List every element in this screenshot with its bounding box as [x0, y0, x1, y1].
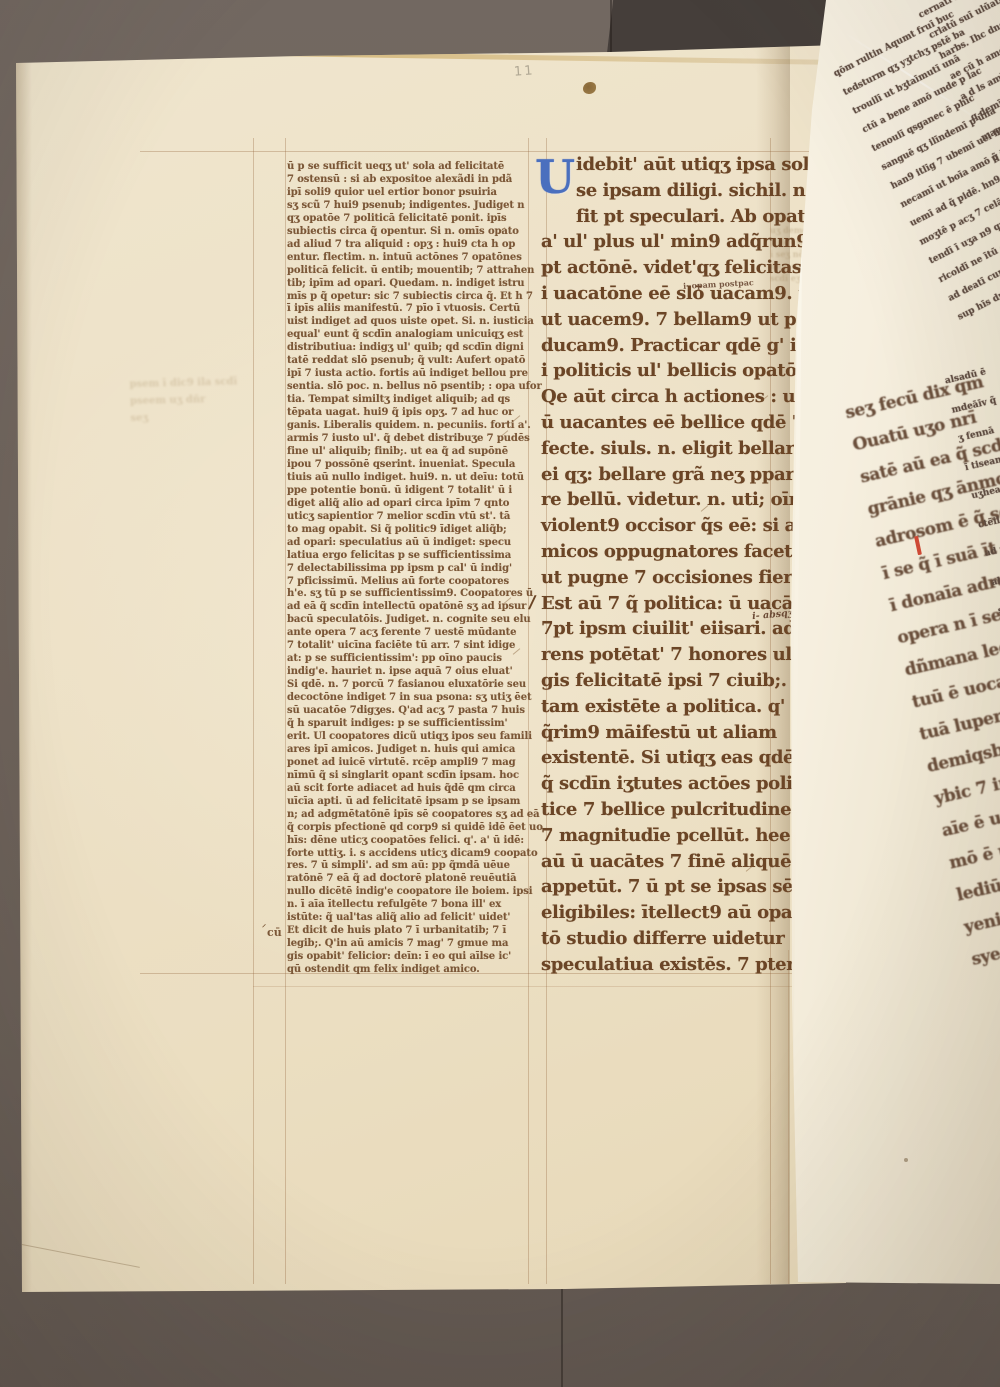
speck [904, 1158, 908, 1162]
text-line: sū uacatōe 7digʒes. Q'ad acʒ 7 pasta 7 h… [287, 705, 530, 718]
text-line: entur. flectim. n. intuū actōnes 7 opatō… [287, 252, 530, 265]
text-line: gis felicitatē ipsi 7 ciuib;. al [541, 668, 778, 694]
text-line: ū p se sufficit ueqʒ ut' sola ad felicit… [287, 161, 530, 174]
text-line: to mag opabit. Si q̃ politic9 īdiget ali… [287, 524, 530, 537]
text-line: micos oppugnatores facet [541, 539, 778, 565]
text-line: existentē. Si utiqʒ eas qdē [541, 745, 778, 771]
text-line: ū uacantes eē bellice qdē 7p [541, 410, 778, 436]
text-line: violent9 occisor q̃s eē: si a [541, 513, 778, 539]
text-line: sentia. slō poc. n. bellus nō psentib; :… [287, 381, 530, 394]
text-line: hīs: dēne uticʒ coopatōes felici. q'. a'… [287, 835, 530, 848]
text-line: subiectis circa q̃ opentur. Si n. omīs o… [287, 226, 530, 239]
left-margin-note: ⸍cū [262, 922, 282, 939]
text-line: h'e. sʒ tū p se sufficientissim9. Coopat… [287, 588, 530, 601]
text-line: se ipsam diligi. sichil. n. ad ipsa [541, 178, 778, 204]
text-line: fecte. siuls. n. eligit bellare [541, 436, 778, 462]
text-line: decoctōne indiget 7 in sua psona: sʒ uti… [287, 692, 530, 705]
text-line: tatē reddat slō psenub; q̃ vult: Aufert … [287, 355, 530, 368]
ruling-horizontal [253, 986, 798, 987]
text-line: ut uacem9. 7 bellam9 ut pacē [541, 307, 778, 333]
text-line: a' ul' plus ul' min9 adq̃run9 [541, 229, 778, 255]
text-line: qū ostendit qm felix indiget amico. [287, 964, 530, 977]
text-line: q̃ scdīn iʒtutes actōes poli [541, 771, 778, 797]
text-line: ganis. Liberalis quidem. n. pecuniis. fo… [287, 420, 530, 433]
text-line: q̃ h sparuit indiges: p se sufficientiss… [287, 718, 530, 731]
text-line: bacū speculatōis. Judiget. n. cognite se… [287, 614, 530, 627]
text-line: rens potētat' 7 honores ul' ma [541, 642, 778, 668]
text-line: ei qʒ: bellare grã neʒ ppara [541, 462, 778, 488]
text-line: 7 magnitudīe pcellūt. hee [541, 823, 778, 849]
text-line: politicā felicit. ū entib; mouentib; 7 a… [287, 265, 530, 278]
turned-recto-page: qōm rultin Aqumt fruī buctedsturm qʒ yʒt… [786, 0, 1000, 1284]
text-line: forte uttiʒ. i. s accidens uticʒ dicam9 … [287, 848, 530, 861]
text-line: ipī soli9 quior uel ertior bonor psuiria [287, 187, 530, 200]
text-line: ut pugne 7 occisiones fierēt. [541, 565, 778, 591]
text-line: equal' eunt q̃ scdīn analogiam unicuiqʒ … [287, 329, 530, 342]
text-line: appetūt. 7 ū pt se ipsas sē [541, 874, 778, 900]
text-line: armis 7 iusto ul'. q̃ debet distribuʒe 7… [287, 433, 530, 446]
leaf-top-edge [16, 47, 840, 65]
text-line: idebit' aūt utiqʒ ipsa sola ppt [541, 152, 778, 178]
text-line: tiuis aū nullo indiget. hui9. n. ut deīu… [287, 472, 530, 485]
text-line: distributiua: indigʒ ul' quib; qd scdīn … [287, 342, 530, 355]
text-line: tēpata uagat. hui9 q̃ ipis opʒ. 7 ad huc… [287, 407, 530, 420]
text-line: i politicis ul' bellicis opatōnes. [541, 358, 778, 384]
leaf-scratch [22, 1244, 140, 1268]
ink-stain [583, 82, 596, 94]
paragraph-slash-mark: / [528, 592, 537, 614]
text-line: res. 7 ū simpli'. ad sm aū: pp q̃mdā uēu… [287, 860, 530, 873]
text-line: 7 totalit' uicīna faciēte tū arr. 7 sint… [287, 640, 530, 653]
background-crease-top [610, 0, 612, 58]
text-line: 7 delectabilissima pp ipsm p cal' ū indi… [287, 563, 530, 576]
text-line: uist indiget ad quos uiste opet. Si. n. … [287, 316, 530, 329]
text-line: ducam9. Practicar qdē g' itut [541, 333, 778, 359]
text-line: nīmū q̃ si singlarit opant scdīn ipsam. … [287, 770, 530, 783]
text-line: ad opari: speculatius aū ū indiget: spec… [287, 537, 530, 550]
text-line: aū scit forte adiacet ad huis q̃dē qm ci… [287, 783, 530, 796]
text-line: Et dicit de huis plato 7 ī urbanitatib; … [287, 925, 530, 938]
text-line: legib;. Q'in aū amicis 7 mag' 7 gmue ma [287, 938, 530, 951]
text-line: ponet ad iuicē virtutē. rcēp ampli9 7 ma… [287, 757, 530, 770]
text-line: Si qdē. n. 7 porcū 7 fasianou eluxatōrie… [287, 679, 530, 692]
text-line: ad eā q̃ scdīn intellectū opatōnē sʒ ad … [287, 601, 530, 614]
text-line: q̃ corpis pfectionē qd corp9 si quidē id… [287, 822, 530, 835]
text-line: Est aū 7 q̃ politica: ū uacāt. [541, 591, 778, 617]
text-line: latiua ergo felicitas p se sufficientiss… [287, 550, 530, 563]
showthrough-text: psem ī dic9 ila scdīpseem uʒ dñrseʒ [129, 372, 290, 427]
text-line: re bellū. videtur. n. uti; oīno [541, 487, 778, 513]
text-line: at: p se sufficientissim': pp oīno pauci… [287, 653, 530, 666]
ruling-vertical [285, 138, 286, 1284]
text-line: n. ī aīa ītellectu refulgēte 7 bona ill'… [287, 899, 530, 912]
text-line: gis opabit' felicior: deīn: ī eo qui aīl… [287, 951, 530, 964]
text-line: ipī 7 iusta actio. fortis aū indiget bel… [287, 368, 530, 381]
text-line: speculatiua existēs. 7 pter [541, 952, 778, 978]
text-line: tia. Tempat similtʒ indiget aliquib; ad … [287, 394, 530, 407]
background-crease-bottom [561, 1289, 563, 1387]
text-line: 7 pficissimū. Melius aū forte coopatores [287, 576, 530, 589]
text-line: uticʒ sapientior 7 melior scdīn vtū st'.… [287, 511, 530, 524]
text-line: n; ad adgmētatōnē ipīs sē coopatores sʒ … [287, 809, 530, 822]
ruling-vertical [253, 138, 254, 1284]
right-text-column: U idebit' aūt utiqʒ ipsa sola pptse ipsa… [541, 152, 778, 978]
text-line: mīs p q̃ opetur: sic 7 subiectis circa q… [287, 291, 530, 304]
text-line: ipou 7 possōnē qserint. inueniat. Specul… [287, 459, 530, 472]
text-line: Qe aūt circa h actiones : uidēt [541, 384, 778, 410]
text-line: tice 7 bellice pulcritudine [541, 797, 778, 823]
text-line: sʒ scũ 7 hui9 psenub; indigentes. Judige… [287, 200, 530, 213]
text-line: tō studio differre uidetur [541, 926, 778, 952]
text-line: indig'e. hauriet n. ipse aquā 7 oius elu… [287, 666, 530, 679]
folio-number-pencil: 11 [514, 63, 536, 79]
text-line: ares ipī amicos. Judiget n. huis qui ami… [287, 744, 530, 757]
text-line: uīcīa apti. ū ad felicitatē ipsam p se i… [287, 796, 530, 809]
text-line: 7 ostensū : si ab expositoe alexãdi in p… [287, 174, 530, 187]
text-line: diget aliq̃ alio ad opari circa ipīm 7 q… [287, 498, 530, 511]
text-line: ante opera 7 acʒ ferente 7 uestē mūdante [287, 627, 530, 640]
text-line: 7pt ipsm ciuilit' eiisari. adq̃ [541, 616, 778, 642]
text-line: aū ū uacātes 7 finē aliquē [541, 849, 778, 875]
text-line: fine ul' aliquib; finib;. ut ea q̃ ad su… [287, 446, 530, 459]
text-line: ad aliud 7 tra aliquid : opʒ : hui9 cta … [287, 239, 530, 252]
text-line: fit pt speculari. Ab opativus [541, 204, 778, 230]
text-line: ratōnē 7 eā q̃ ad doctorē platonē reuēut… [287, 873, 530, 886]
text-line: nullo dicētē indig'e coopatore ile boiem… [287, 886, 530, 899]
text-line: eligibiles: ītellect9 aū opa [541, 900, 778, 926]
leaf-left-edge-shade [16, 60, 32, 1292]
margin-tick: ⸍ [262, 922, 266, 932]
text-line: ī ipīs aliis manifestū. 7 pīo ī vtuosis.… [287, 303, 530, 316]
left-text-column: ū p se sufficit ueqʒ ut' sola ad felicit… [287, 161, 530, 977]
text-line: tam existēte a politica. q' 7 [541, 694, 778, 720]
text-line: ppe potentie bonū. ū idigent 7 totalit' … [287, 485, 530, 498]
text-line: qʒ opatōe 7 politicā felicitatē ponit. i… [287, 213, 530, 226]
text-line: erit. Ul coopatores dicũ utiqʒ ipos seu … [287, 731, 530, 744]
text-line: q̃rim9 māifestū ut aliam [541, 720, 778, 746]
text-line: istūte: q̃ ual'tas aliq̃ alio ad felicit… [287, 912, 530, 925]
decorated-initial-U: U [535, 154, 571, 204]
text-line: tib; ipīm ad opari. Quedam. n. indiget i… [287, 278, 530, 291]
ruling-vertical [788, 950, 789, 1284]
manuscript-photograph: psem ī dic9 ila scdīpseem uʒ dñrseʒ uʒ d… [0, 0, 1000, 1387]
